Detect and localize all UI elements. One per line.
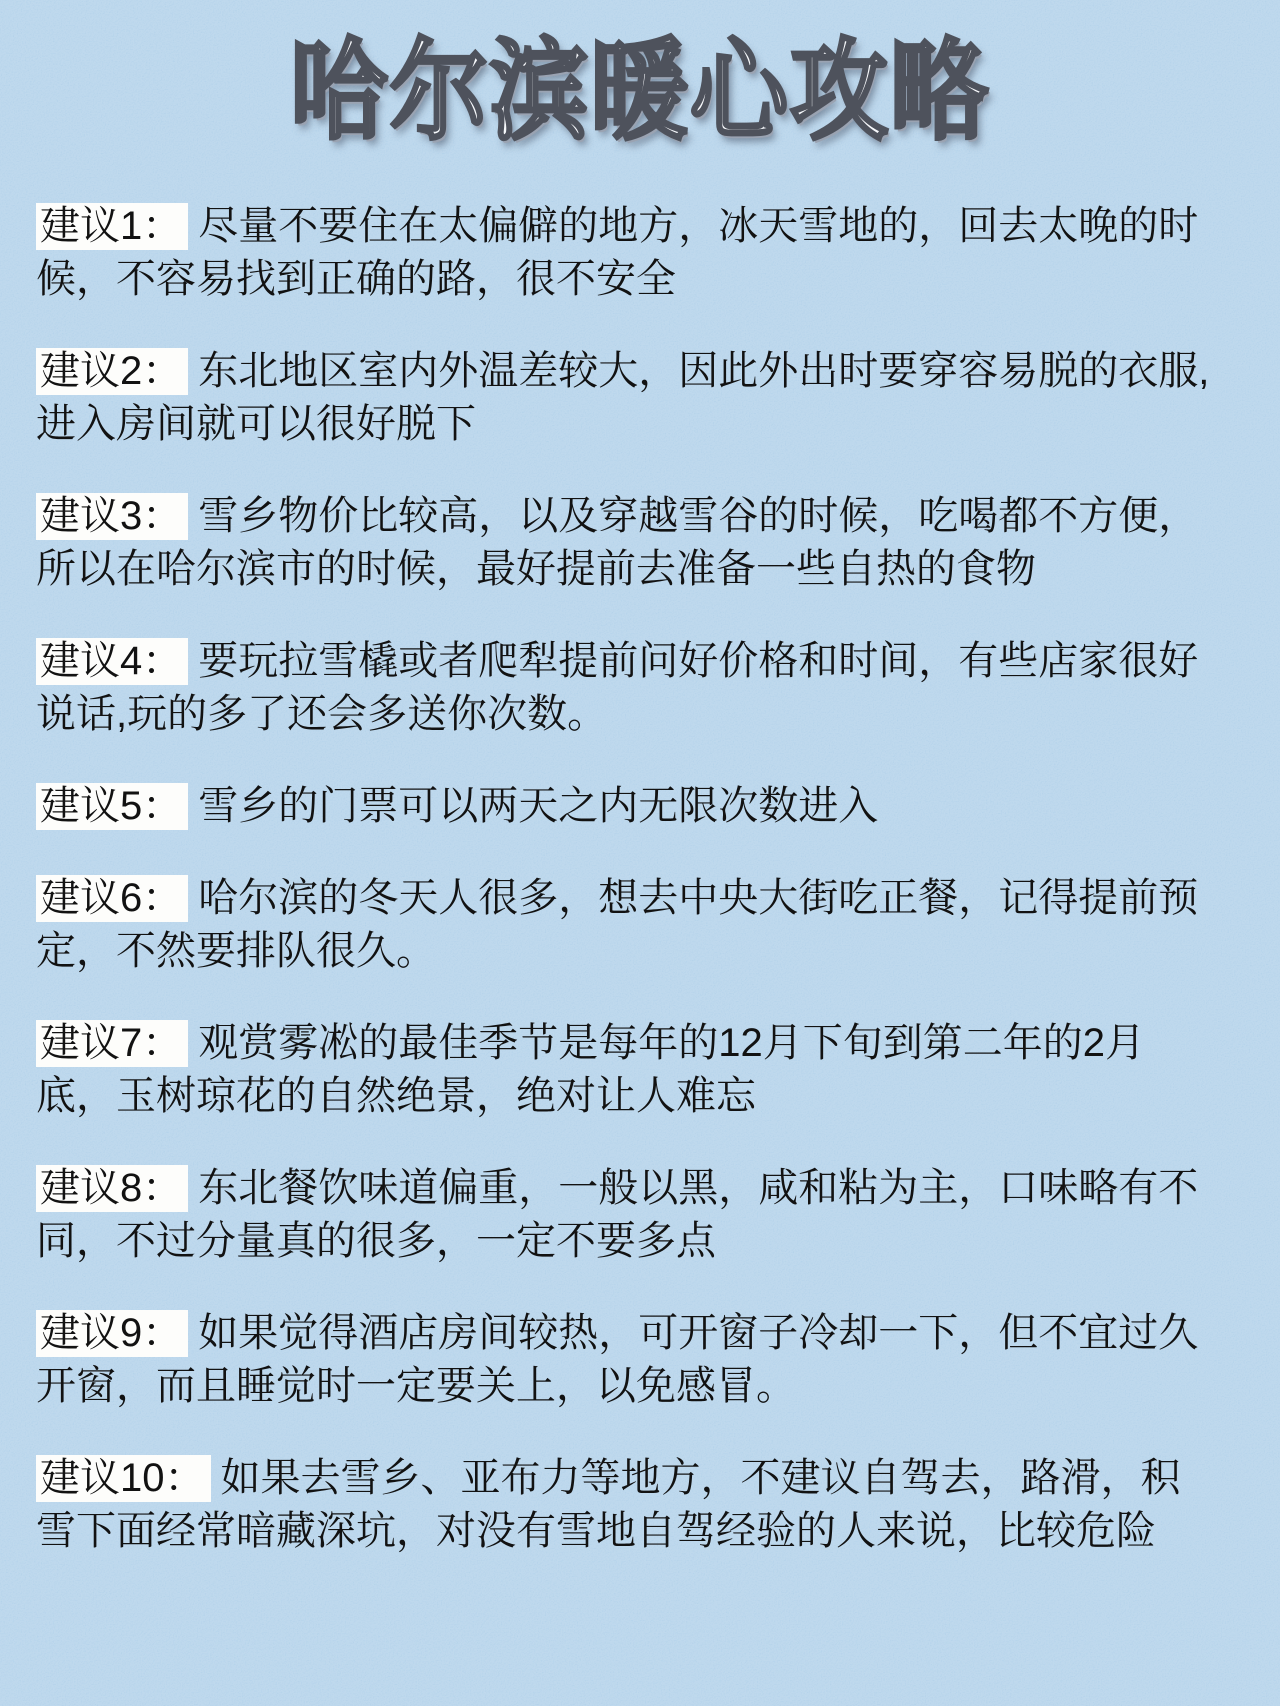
tip-list: 建议1：尽量不要住在太偏僻的地方，冰天雪地的，回去太晚的时候，不容易找到正确的路… xyxy=(36,200,1211,1558)
tip-text: 如果觉得酒店房间较热，可开窗子冷却一下，但不宜过久开窗，而且睡觉时一定要关上，以… xyxy=(36,1311,1198,1408)
tip-item-8: 建议8：东北餐饮味道偏重，一般以黑，咸和粘为主，口味略有不同，不过分量真的很多，… xyxy=(36,1162,1211,1268)
tip-item-3: 建议3：雪乡物价比较高，以及穿越雪谷的时候，吃喝都不方便，所以在哈尔滨市的时候，… xyxy=(36,490,1211,596)
tip-label: 建议3： xyxy=(36,493,188,540)
tip-item-6: 建议6：哈尔滨的冬天人很多，想去中央大街吃正餐，记得提前预定，不然要排队很久。 xyxy=(36,872,1211,978)
tip-label: 建议1： xyxy=(36,203,188,250)
tip-label: 建议2： xyxy=(36,348,188,395)
tip-item-2: 建议2：东北地区室内外温差较大，因此外出时要穿容易脱的衣服,进入房间就可以很好脱… xyxy=(36,345,1211,451)
tip-text: 要玩拉雪橇或者爬犁提前问好价格和时间，有些店家很好说话,玩的多了还会多送你次数。 xyxy=(36,639,1198,736)
tip-text: 东北餐饮味道偏重，一般以黑，咸和粘为主，口味略有不同，不过分量真的很多，一定不要… xyxy=(36,1166,1198,1263)
tip-label: 建议7： xyxy=(36,1020,188,1067)
tip-label: 建议5： xyxy=(36,783,188,830)
tip-item-7: 建议7：观赏雾凇的最佳季节是每年的12月下旬到第二年的2月底，玉树琼花的自然绝景… xyxy=(36,1017,1211,1123)
tip-label: 建议10： xyxy=(36,1455,211,1502)
tip-item-10: 建议10：如果去雪乡、亚布力等地方，不建议自驾去，路滑，积雪下面经常暗藏深坑，对… xyxy=(36,1452,1211,1558)
tip-item-4: 建议4：要玩拉雪橇或者爬犁提前问好价格和时间，有些店家很好说话,玩的多了还会多送… xyxy=(36,635,1211,741)
tip-label: 建议6： xyxy=(36,875,188,922)
tip-item-5: 建议5：雪乡的门票可以两天之内无限次数进入 xyxy=(36,780,1211,833)
title-area: 哈尔滨暖心攻略 xyxy=(0,0,1280,156)
tip-text: 尽量不要住在太偏僻的地方，冰天雪地的，回去太晚的时候，不容易找到正确的路，很不安… xyxy=(36,204,1198,301)
tip-text: 雪乡的门票可以两天之内无限次数进入 xyxy=(198,784,878,828)
tip-text: 观赏雾凇的最佳季节是每年的12月下旬到第二年的2月底，玉树琼花的自然绝景，绝对让… xyxy=(36,1021,1145,1118)
tip-text: 哈尔滨的冬天人很多，想去中央大街吃正餐，记得提前预定，不然要排队很久。 xyxy=(36,876,1198,973)
tip-item-1: 建议1：尽量不要住在太偏僻的地方，冰天雪地的，回去太晚的时候，不容易找到正确的路… xyxy=(36,200,1211,306)
tip-item-9: 建议9：如果觉得酒店房间较热，可开窗子冷却一下，但不宜过久开窗，而且睡觉时一定要… xyxy=(36,1307,1211,1413)
poster: 哈尔滨暖心攻略 建议1：尽量不要住在太偏僻的地方，冰天雪地的，回去太晚的时候，不… xyxy=(0,0,1280,1558)
tip-text: 东北地区室内外温差较大，因此外出时要穿容易脱的衣服,进入房间就可以很好脱下 xyxy=(36,349,1209,446)
poster-title: 哈尔滨暖心攻略 xyxy=(290,18,990,164)
tip-label: 建议8： xyxy=(36,1165,188,1212)
tip-label: 建议4： xyxy=(36,638,188,685)
tip-label: 建议9： xyxy=(36,1310,188,1357)
tip-text: 雪乡物价比较高，以及穿越雪谷的时候，吃喝都不方便，所以在哈尔滨市的时候，最好提前… xyxy=(36,494,1198,591)
